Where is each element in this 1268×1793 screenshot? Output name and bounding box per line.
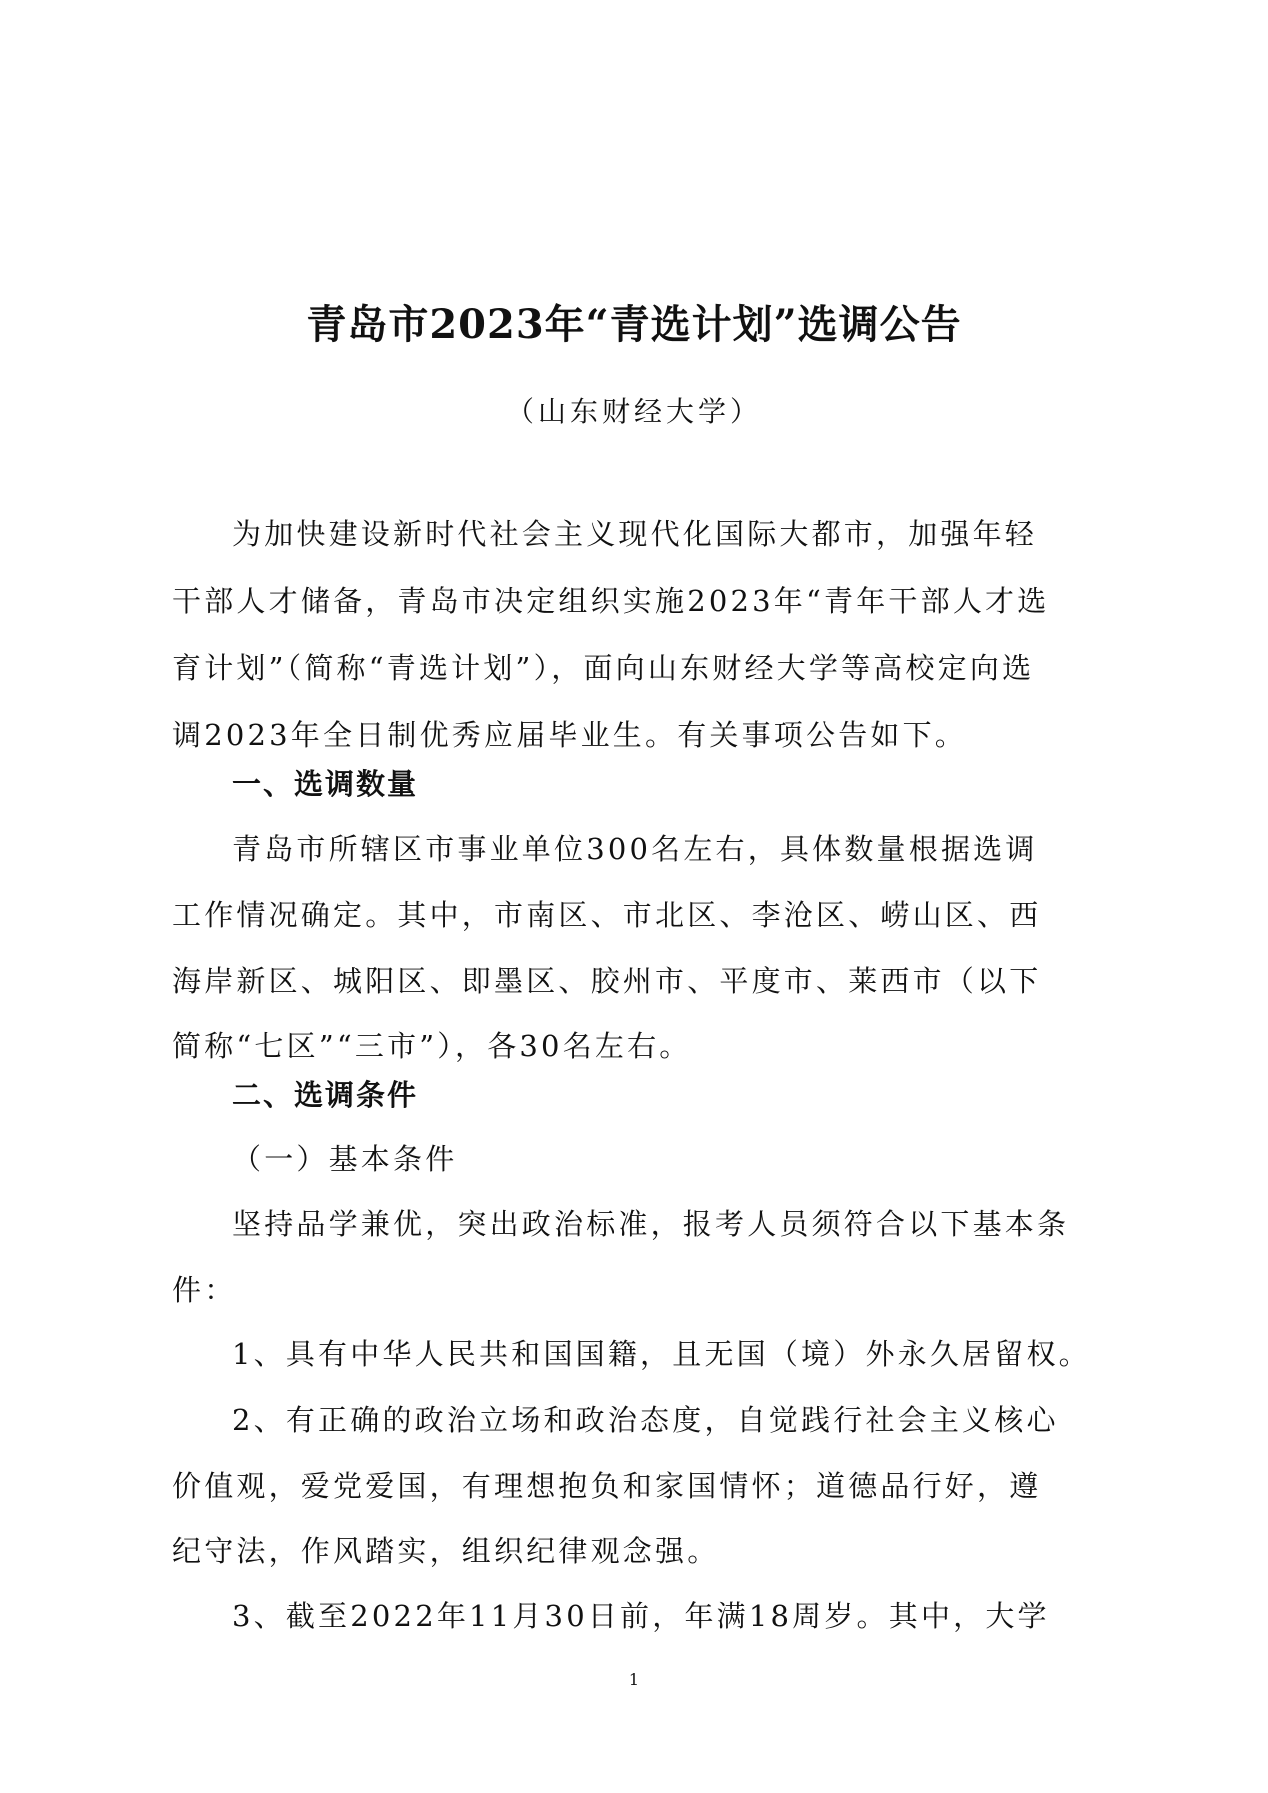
paragraph-line: 坚持品学兼优，突出政治标准，报考人员须符合以下基本条 — [232, 1204, 1162, 1244]
document-subtitle: （山东财经大学） — [0, 392, 1268, 432]
paragraph-line: 为加快建设新时代社会主义现代化国际大都市，加强年轻 — [232, 514, 1162, 554]
paragraph-line: 青岛市所辖区市事业单位300名左右，具体数量根据选调 — [232, 829, 1162, 869]
document-title: 青岛市2023年“青选计划”选调公告 — [0, 300, 1268, 350]
paragraph-line: 纪守法，作风踏实，组织纪律观念强。 — [172, 1531, 1102, 1571]
paragraph-line: 工作情况确定。其中，市南区、市北区、李沧区、崂山区、西 — [172, 895, 1102, 935]
paragraph-line: 1、具有中华人民共和国国籍，且无国（境）外永久居留权。 — [232, 1334, 1162, 1374]
paragraph-line: 干部人才储备，青岛市决定组织实施2023年“青年干部人才选 — [172, 581, 1102, 621]
section-heading: 一、选调数量 — [232, 764, 1162, 804]
paragraph-line: 简称“七区”“三市”），各30名左右。 — [172, 1026, 1102, 1066]
paragraph-line: 2、有正确的政治立场和政治态度，自觉践行社会主义核心 — [232, 1400, 1162, 1440]
paragraph-line: 调2023年全日制优秀应届毕业生。有关事项公告如下。 — [172, 715, 1102, 755]
paragraph-line: 海岸新区、城阳区、即墨区、胶州市、平度市、莱西市（以下 — [172, 961, 1102, 1001]
paragraph-line: （一）基本条件 — [232, 1139, 1162, 1179]
paragraph-line: 育计划”（简称“青选计划”），面向山东财经大学等高校定向选 — [172, 648, 1102, 688]
paragraph-line: 件： — [172, 1270, 1102, 1310]
paragraph-line: 3、截至2022年11月30日前，年满18周岁。其中，大学 — [232, 1596, 1162, 1636]
section-heading: 二、选调条件 — [232, 1075, 1162, 1115]
document-page: 青岛市2023年“青选计划”选调公告 （山东财经大学） 为加快建设新时代社会主义… — [0, 0, 1268, 1793]
paragraph-line: 价值观，爱党爱国，有理想抱负和家国情怀；道德品行好，遵 — [172, 1466, 1102, 1506]
page-number: 1 — [0, 1670, 1268, 1689]
